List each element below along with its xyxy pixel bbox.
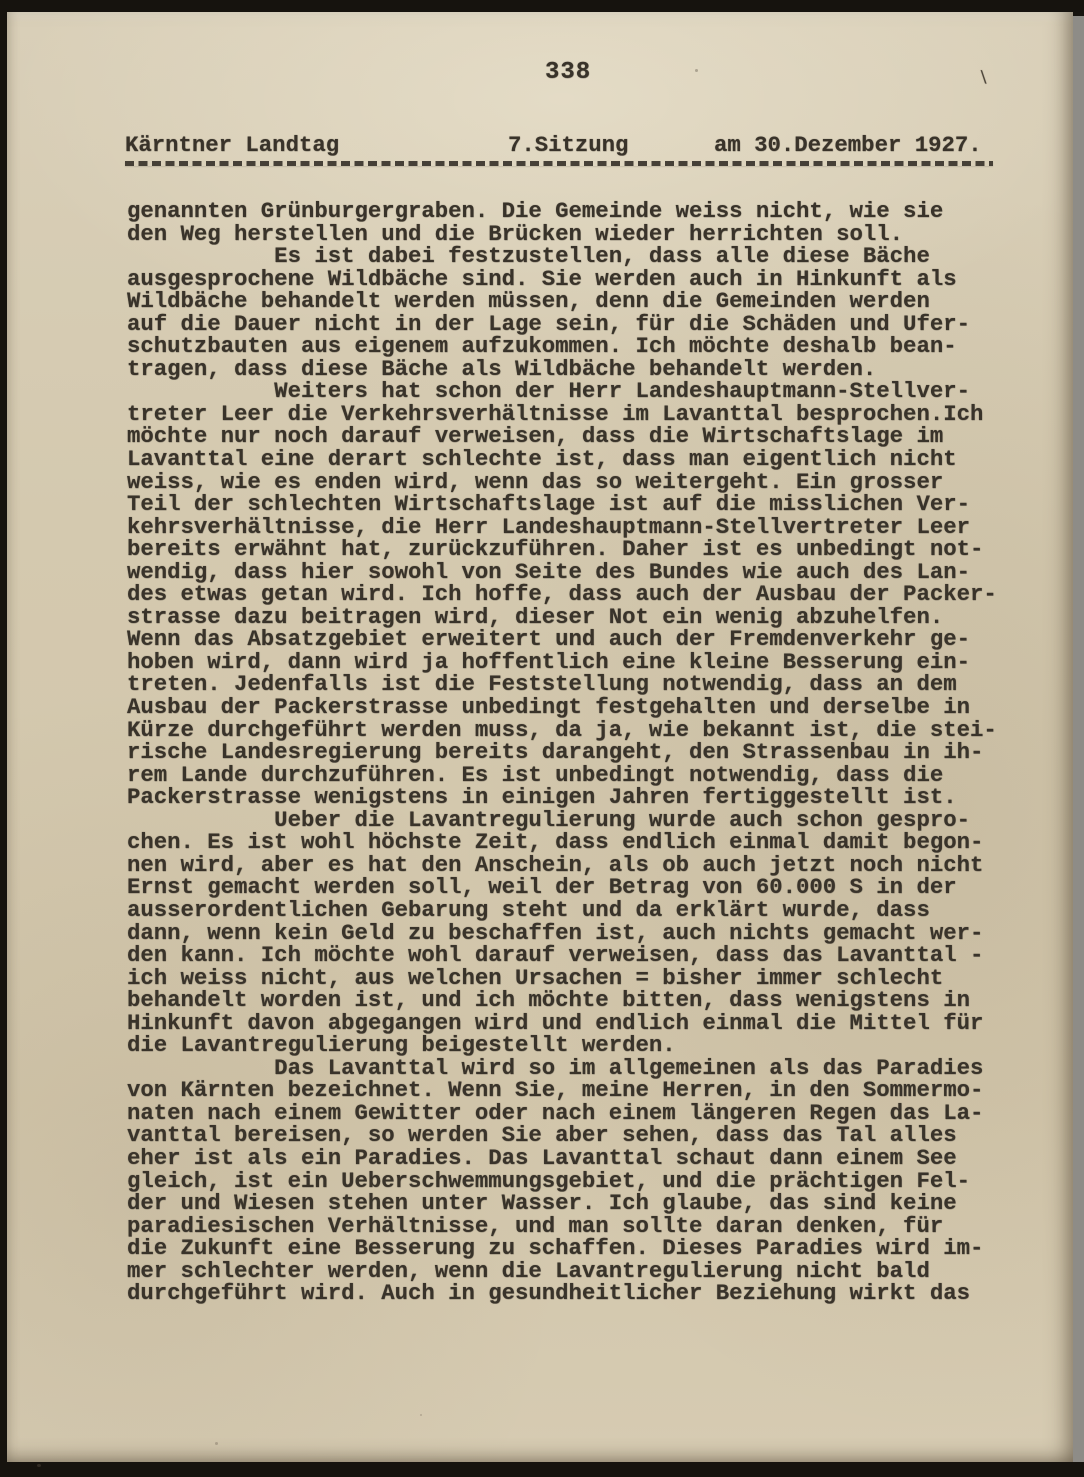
text-line: treter Leer die Verkehrsverhältnisse im … — [127, 403, 1027, 426]
scan-edge-bottom — [0, 1462, 1084, 1477]
text-line: eher ist als ein Paradies. Das Lavanttal… — [127, 1147, 1027, 1170]
pen-mark: \ — [976, 69, 989, 89]
text-line: durchgeführt wird. Auch in gesundheitlic… — [127, 1282, 1027, 1305]
text-line: kehrsverhältnisse, die Herr Landeshauptm… — [127, 516, 1027, 539]
text-line: tragen, dass diese Bäche als Wildbäche b… — [127, 358, 1027, 381]
text-line: weiss, wie es enden wird, wenn das so we… — [127, 471, 1027, 494]
page-header: Kärntner Landtag 7.Sitzung am 30.Dezembe… — [7, 133, 1073, 157]
ink-speck — [695, 69, 698, 72]
text-line: auf die Dauer nicht in der Lage sein, fü… — [127, 313, 1027, 336]
text-line: gleich, ist ein Ueberschwemmungsgebiet, … — [127, 1170, 1027, 1193]
text-line: die Lavantregulierung beigestellt werden… — [127, 1034, 1027, 1057]
text-line: der und Wiesen stehen unter Wasser. Ich … — [127, 1192, 1027, 1215]
text-line: die Zukunft eine Besserung zu schaffen. … — [127, 1237, 1027, 1260]
ink-speck — [37, 1464, 41, 1467]
text-line: vanttal bereisen, so werden Sie aber seh… — [127, 1124, 1027, 1147]
page-number: 338 — [545, 60, 591, 86]
text-line: ausgesprochene Wildbäche sind. Sie werde… — [127, 268, 1027, 291]
ink-speck — [215, 1442, 218, 1445]
body-text: genannten Grünburgergraben. Die Gemeinde… — [127, 200, 1027, 1305]
text-line: von Kärnten bezeichnet. Wenn Sie, meine … — [127, 1079, 1027, 1102]
text-line: Lavanttal eine derart schlechte ist, das… — [127, 448, 1027, 471]
text-line: paradiesischen Verhältnisse, und man sol… — [127, 1215, 1027, 1238]
text-line: dann, wenn kein Geld zu beschaffen ist, … — [127, 922, 1027, 945]
text-line: Ausbau der Packerstrasse unbedingt festg… — [127, 696, 1027, 719]
scan-edge-right — [1073, 16, 1084, 1462]
text-line: Hinkunft davon abgegangen wird und endli… — [127, 1012, 1027, 1035]
text-line: Weiters hat schon der Herr Landeshauptma… — [127, 380, 1027, 403]
text-line: Wildbäche behandelt werden müssen, denn … — [127, 290, 1027, 313]
text-line: Ueber die Lavantregulierung wurde auch s… — [127, 809, 1027, 832]
text-line: chen. Es ist wohl höchste Zeit, dass end… — [127, 831, 1027, 854]
text-line: ausserordentlichen Gebarung steht und da… — [127, 899, 1027, 922]
text-line: möchte nur noch darauf verweisen, dass d… — [127, 425, 1027, 448]
text-line: Ernst gemacht werden soll, weil der Betr… — [127, 876, 1027, 899]
text-line: wendig, dass hier sowohl von Seite des B… — [127, 561, 1027, 584]
text-line: schutzbauten aus eigenem aufzukommen. Ic… — [127, 335, 1027, 358]
text-line: genannten Grünburgergraben. Die Gemeinde… — [127, 200, 1027, 223]
text-line: mer schlechter werden, wenn die Lavantre… — [127, 1260, 1027, 1283]
text-line: behandelt worden ist, und ich möchte bit… — [127, 989, 1027, 1012]
text-line: rische Landesregierung bereits darangeht… — [127, 741, 1027, 764]
text-line: naten nach einem Gewitter oder nach eine… — [127, 1102, 1027, 1125]
text-line: Wenn das Absatzgebiet erweitert und auch… — [127, 628, 1027, 651]
text-line: Teil der schlechten Wirtschaftslage ist … — [127, 493, 1027, 516]
text-line: Kürze durchgeführt werden muss, da ja, w… — [127, 719, 1027, 742]
text-line: Das Lavanttal wird so im allgemeinen als… — [127, 1057, 1027, 1080]
paper-sheet: 338 Kärntner Landtag 7.Sitzung am 30.Dez… — [7, 12, 1073, 1462]
text-line: den kann. Ich möchte wohl darauf verweis… — [127, 944, 1027, 967]
header-date: am 30.Dezember 1927. — [714, 133, 982, 157]
text-line: bereits erwähnt hat, zurückzuführen. Dah… — [127, 538, 1027, 561]
dashed-rule — [125, 161, 993, 166]
text-line: ich weiss nicht, aus welchen Ursachen = … — [127, 967, 1027, 990]
text-line: den Weg herstellen und die Brücken wiede… — [127, 223, 1027, 246]
scan-edge-left — [0, 0, 7, 1477]
text-line: rem Lande durchzuführen. Es ist unbeding… — [127, 764, 1027, 787]
text-line: Es ist dabei festzustellen, dass alle di… — [127, 245, 1027, 268]
text-line: strasse dazu beitragen wird, dieser Not … — [127, 606, 1027, 629]
ink-speck — [420, 1414, 422, 1416]
header-title: Kärntner Landtag — [125, 133, 339, 157]
text-line: des etwas getan wird. Ich hoffe, dass au… — [127, 583, 1027, 606]
text-line: hoben wird, dann wird ja hoffentlich ein… — [127, 651, 1027, 674]
text-line: nen wird, aber es hat den Anschein, als … — [127, 854, 1027, 877]
header-session: 7.Sitzung — [508, 133, 628, 157]
scanned-page: 338 Kärntner Landtag 7.Sitzung am 30.Dez… — [0, 0, 1084, 1477]
text-line: treten. Jedenfalls ist die Feststellung … — [127, 673, 1027, 696]
text-line: Packerstrasse wenigstens in einigen Jahr… — [127, 786, 1027, 809]
scan-edge-top — [0, 0, 1084, 12]
